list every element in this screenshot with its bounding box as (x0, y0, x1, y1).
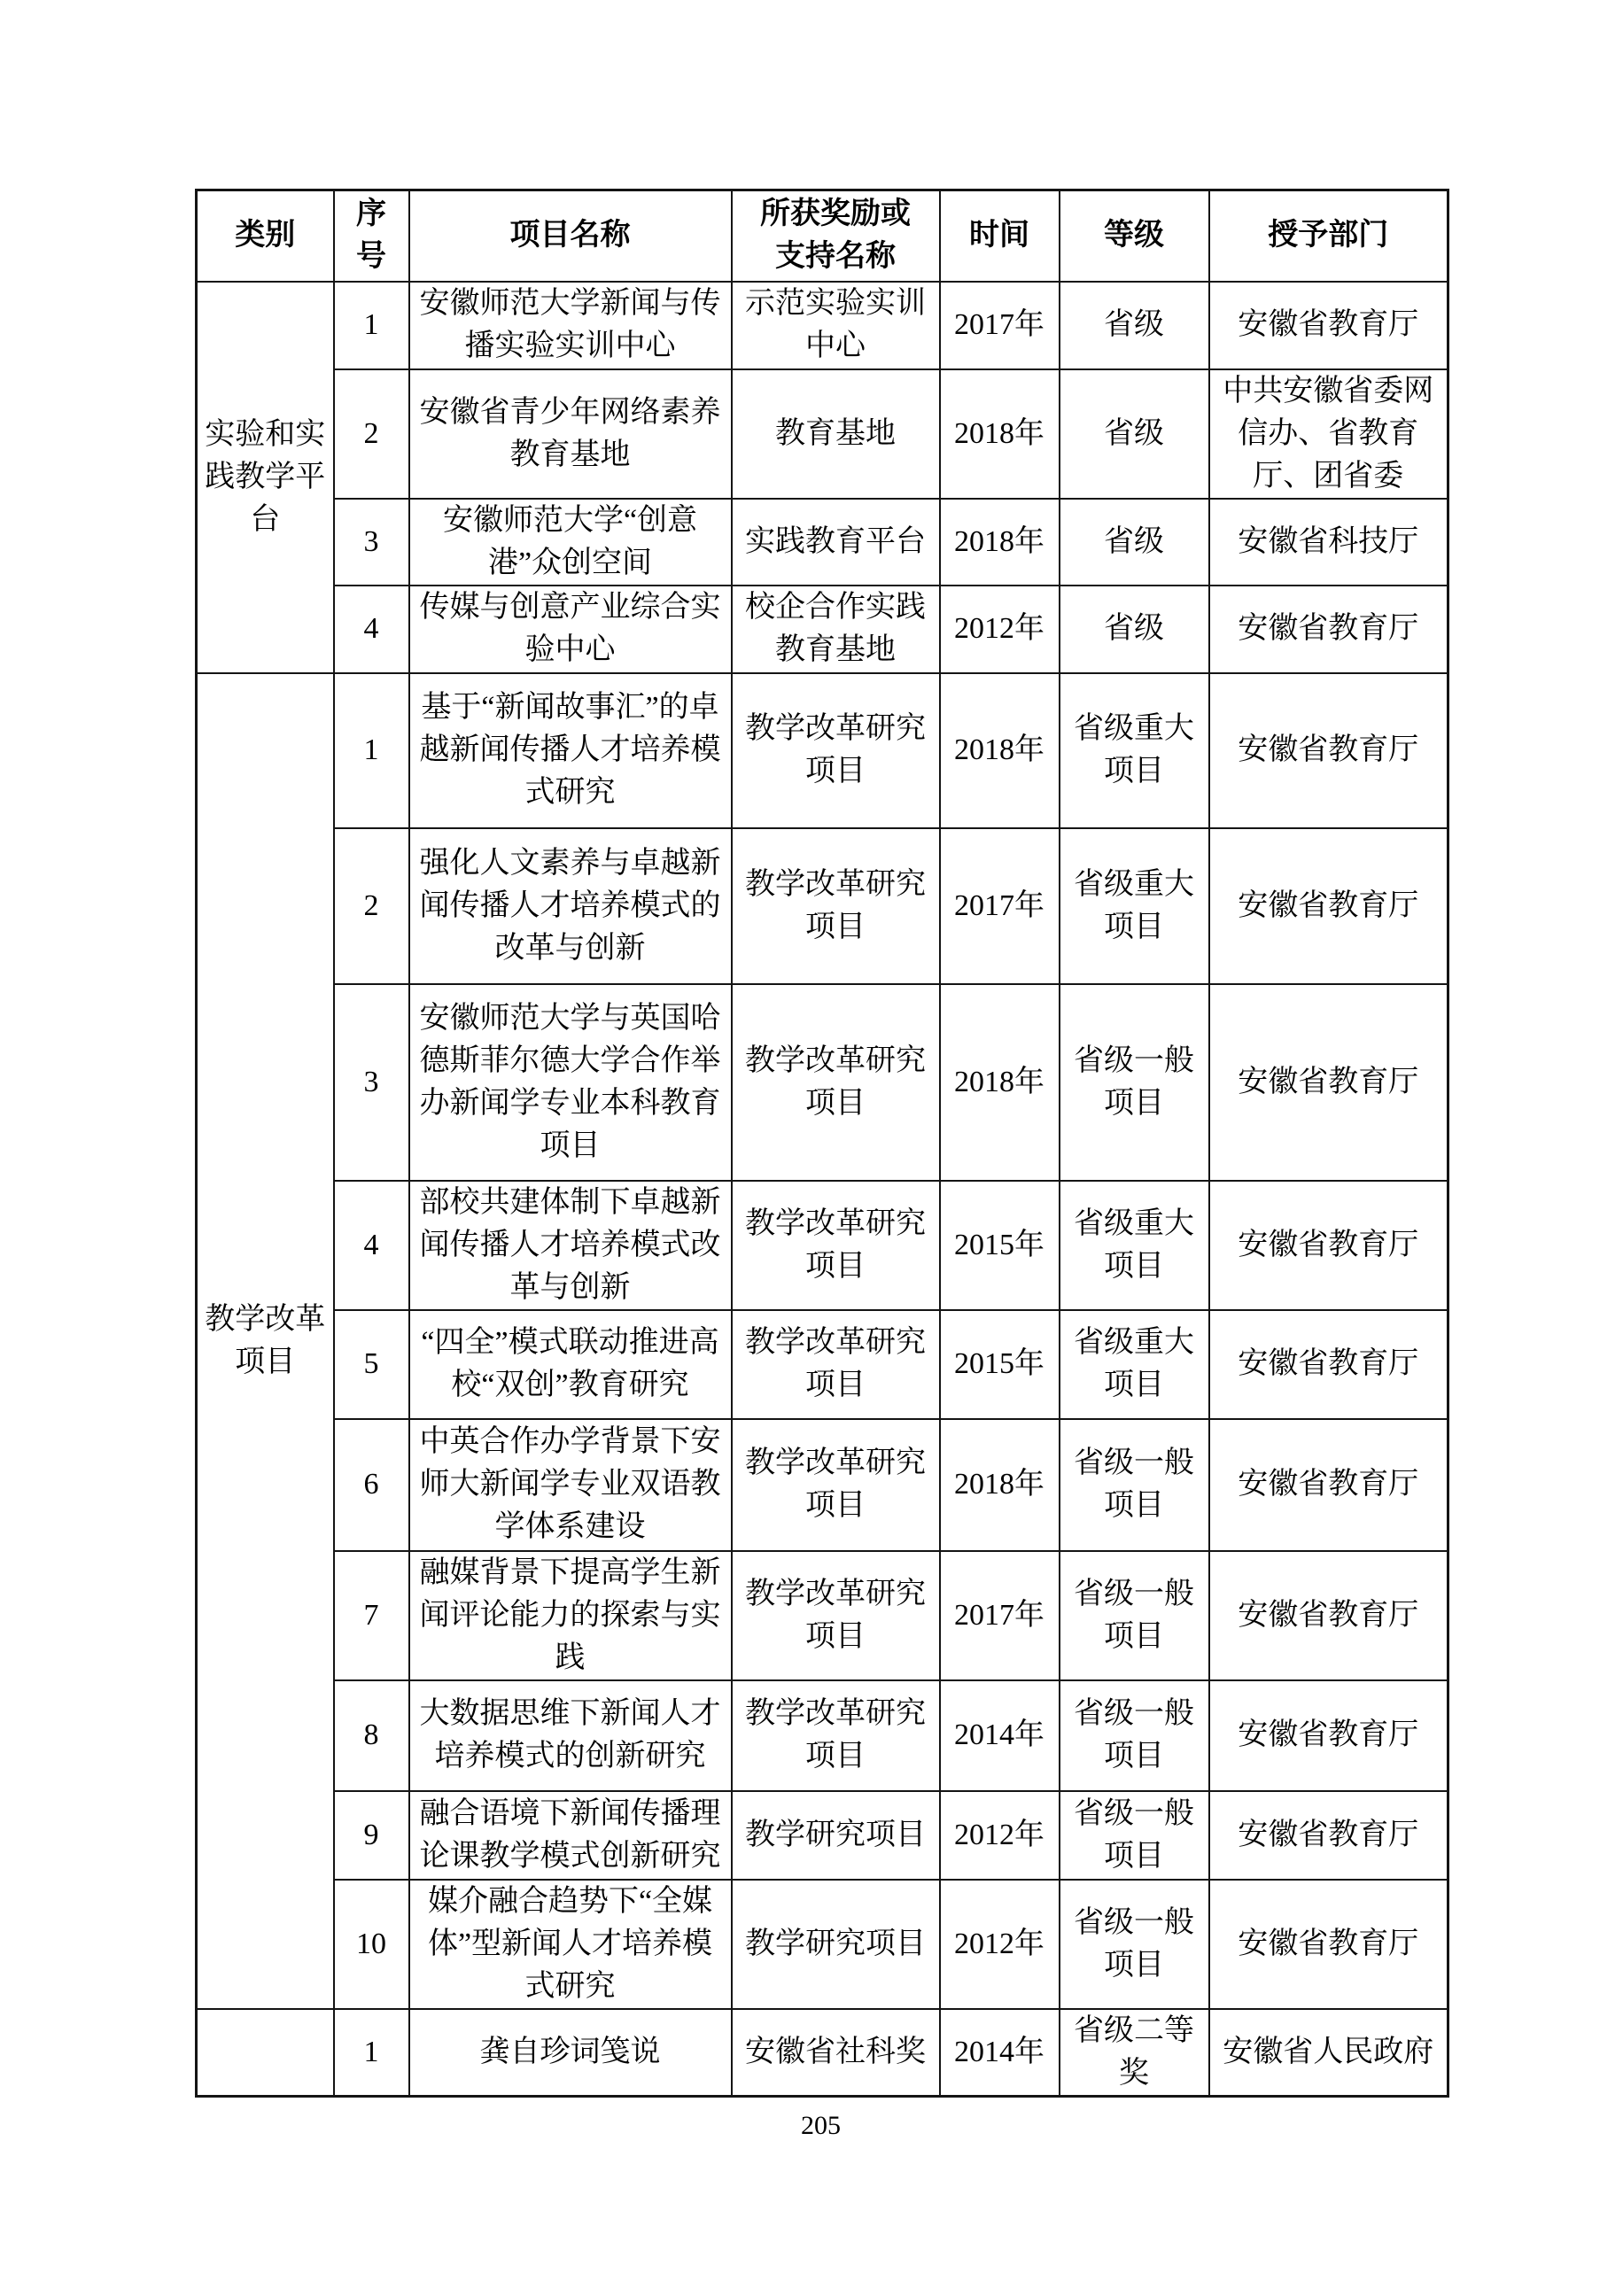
cell-serial: 4 (334, 586, 409, 673)
cell-year: 2014年 (940, 2009, 1060, 2097)
cell-award-name: 示范实验实训中心 (732, 282, 940, 369)
header-level: 等级 (1060, 190, 1209, 282)
cell-serial: 3 (334, 984, 409, 1181)
cell-serial: 1 (334, 282, 409, 369)
table-row: 6 中英合作办学背景下安师大新闻学专业双语教学体系建设 教学改革研究项目 201… (197, 1419, 1448, 1551)
cell-serial: 5 (334, 1310, 409, 1419)
cell-project-name: 安徽师范大学与英国哈德斯菲尔德大学合作举办新闻学专业本科教育项目 (409, 984, 732, 1181)
cell-department: 安徽省教育厅 (1209, 1310, 1448, 1419)
cell-level: 省级 (1060, 282, 1209, 369)
cell-award-name: 教学研究项目 (732, 1791, 940, 1880)
cell-serial: 2 (334, 369, 409, 499)
cell-project-name: 融媒背景下提高学生新闻评论能力的探索与实践 (409, 1551, 732, 1680)
cell-project-name: 中英合作办学背景下安师大新闻学专业双语教学体系建设 (409, 1419, 732, 1551)
category-cell: 教学改革项目 (197, 673, 334, 2009)
cell-award-name: 教学改革研究项目 (732, 1551, 940, 1680)
cell-year: 2012年 (940, 1880, 1060, 2009)
cell-level: 省级一般项目 (1060, 1680, 1209, 1791)
cell-project-name: “四全”模式联动推进高校“双创”教育研究 (409, 1310, 732, 1419)
cell-project-name: 融合语境下新闻传播理论课教学模式创新研究 (409, 1791, 732, 1880)
cell-project-name: 基于“新闻故事汇”的卓越新闻传播人才培养模式研究 (409, 673, 732, 828)
cell-serial: 1 (334, 673, 409, 828)
cell-department: 安徽省教育厅 (1209, 1791, 1448, 1880)
cell-level: 省级一般项目 (1060, 1880, 1209, 2009)
cell-year: 2018年 (940, 984, 1060, 1181)
table-row: 4 部校共建体制下卓越新闻传播人才培养模式改革与创新 教学改革研究项目 2015… (197, 1181, 1448, 1310)
cell-level: 省级一般项目 (1060, 1791, 1209, 1880)
cell-department: 安徽省人民政府 (1209, 2009, 1448, 2097)
cell-award-name: 教学研究项目 (732, 1880, 940, 2009)
cell-department: 安徽省教育厅 (1209, 586, 1448, 673)
cell-department: 安徽省科技厅 (1209, 499, 1448, 586)
cell-project-name: 安徽省青少年网络素养教育基地 (409, 369, 732, 499)
table-row: 2 强化人文素养与卓越新闻传播人才培养模式的改革与创新 教学改革研究项目 201… (197, 828, 1448, 984)
cell-serial: 1 (334, 2009, 409, 2097)
cell-level: 省级重大项目 (1060, 1310, 1209, 1419)
cell-project-name: 大数据思维下新闻人才培养模式的创新研究 (409, 1680, 732, 1791)
cell-year: 2017年 (940, 828, 1060, 984)
table-row: 教学改革项目 1 基于“新闻故事汇”的卓越新闻传播人才培养模式研究 教学改革研究… (197, 673, 1448, 828)
cell-department: 安徽省教育厅 (1209, 828, 1448, 984)
cell-level: 省级重大项目 (1060, 828, 1209, 984)
cell-level: 省级一般项目 (1060, 1551, 1209, 1680)
table-row: 4 传媒与创意产业综合实验中心 校企合作实践教育基地 2012年 省级 安徽省教… (197, 586, 1448, 673)
cell-year: 2015年 (940, 1310, 1060, 1419)
cell-year: 2017年 (940, 1551, 1060, 1680)
cell-level: 省级重大项目 (1060, 1181, 1209, 1310)
cell-award-name: 校企合作实践教育基地 (732, 586, 940, 673)
cell-award-name: 教学改革研究项目 (732, 984, 940, 1181)
cell-level: 省级一般项目 (1060, 984, 1209, 1181)
cell-serial: 6 (334, 1419, 409, 1551)
cell-award-name: 教学改革研究项目 (732, 1419, 940, 1551)
cell-project-name: 部校共建体制下卓越新闻传播人才培养模式改革与创新 (409, 1181, 732, 1310)
cell-award-name: 教学改革研究项目 (732, 1181, 940, 1310)
cell-level: 省级 (1060, 499, 1209, 586)
cell-department: 安徽省教育厅 (1209, 1551, 1448, 1680)
cell-year: 2018年 (940, 369, 1060, 499)
cell-year: 2018年 (940, 673, 1060, 828)
cell-department: 安徽省教育厅 (1209, 1880, 1448, 2009)
cell-award-name: 教学改革研究项目 (732, 1310, 940, 1419)
header-serial: 序 号 (334, 190, 409, 282)
cell-level: 省级 (1060, 586, 1209, 673)
cell-department: 安徽省教育厅 (1209, 1419, 1448, 1551)
cell-department: 安徽省教育厅 (1209, 1680, 1448, 1791)
header-year: 时间 (940, 190, 1060, 282)
cell-department: 安徽省教育厅 (1209, 673, 1448, 828)
table-row: 1 龚自珍词笺说 安徽省社科奖 2014年 省级二等奖 安徽省人民政府 (197, 2009, 1448, 2097)
cell-award-name: 实践教育平台 (732, 499, 940, 586)
table-row: 实验和实践教学平台 1 安徽师范大学新闻与传播实验实训中心 示范实验实训中心 2… (197, 282, 1448, 369)
table-row: 3 安徽师范大学与英国哈德斯菲尔德大学合作举办新闻学专业本科教育项目 教学改革研… (197, 984, 1448, 1181)
cell-project-name: 安徽师范大学“创意港”众创空间 (409, 499, 732, 586)
cell-award-name: 教学改革研究项目 (732, 1680, 940, 1791)
cell-award-name: 安徽省社科奖 (732, 2009, 940, 2097)
cell-serial: 8 (334, 1680, 409, 1791)
document-page: 类别 序 号 项目名称 所获奖励或 支持名称 时间 等级 授予部门 实验和实践教… (195, 189, 1447, 2142)
cell-project-name: 安徽师范大学新闻与传播实验实训中心 (409, 282, 732, 369)
table-row: 3 安徽师范大学“创意港”众创空间 实践教育平台 2018年 省级 安徽省科技厅 (197, 499, 1448, 586)
cell-year: 2012年 (940, 586, 1060, 673)
table-row: 9 融合语境下新闻传播理论课教学模式创新研究 教学研究项目 2012年 省级一般… (197, 1791, 1448, 1880)
cell-serial: 4 (334, 1181, 409, 1310)
cell-serial: 10 (334, 1880, 409, 2009)
table-row: 2 安徽省青少年网络素养教育基地 教育基地 2018年 省级 中共安徽省委网信办… (197, 369, 1448, 499)
cell-year: 2017年 (940, 282, 1060, 369)
category-cell (197, 2009, 334, 2097)
table-row: 10 媒介融合趋势下“全媒体”型新闻人才培养模式研究 教学研究项目 2012年 … (197, 1880, 1448, 2009)
table-row: 7 融媒背景下提高学生新闻评论能力的探索与实践 教学改革研究项目 2017年 省… (197, 1551, 1448, 1680)
header-department: 授予部门 (1209, 190, 1448, 282)
cell-serial: 2 (334, 828, 409, 984)
cell-year: 2012年 (940, 1791, 1060, 1880)
cell-serial: 7 (334, 1551, 409, 1680)
cell-year: 2018年 (940, 499, 1060, 586)
cell-project-name: 龚自珍词笺说 (409, 2009, 732, 2097)
table-row: 8 大数据思维下新闻人才培养模式的创新研究 教学改革研究项目 2014年 省级一… (197, 1680, 1448, 1791)
awards-table: 类别 序 号 项目名称 所获奖励或 支持名称 时间 等级 授予部门 实验和实践教… (195, 189, 1449, 2098)
cell-year: 2015年 (940, 1181, 1060, 1310)
cell-level: 省级一般项目 (1060, 1419, 1209, 1551)
cell-level: 省级重大项目 (1060, 673, 1209, 828)
header-award-name: 所获奖励或 支持名称 (732, 190, 940, 282)
header-project-name: 项目名称 (409, 190, 732, 282)
cell-department: 中共安徽省委网信办、省教育厅、团省委 (1209, 369, 1448, 499)
cell-project-name: 传媒与创意产业综合实验中心 (409, 586, 732, 673)
cell-serial: 3 (334, 499, 409, 586)
cell-department: 安徽省教育厅 (1209, 984, 1448, 1181)
cell-award-name: 教学改革研究项目 (732, 828, 940, 984)
cell-project-name: 强化人文素养与卓越新闻传播人才培养模式的改革与创新 (409, 828, 732, 984)
cell-department: 安徽省教育厅 (1209, 1181, 1448, 1310)
cell-department: 安徽省教育厅 (1209, 282, 1448, 369)
cell-level: 省级二等奖 (1060, 2009, 1209, 2097)
header-row: 类别 序 号 项目名称 所获奖励或 支持名称 时间 等级 授予部门 (197, 190, 1448, 282)
cell-award-name: 教学改革研究项目 (732, 673, 940, 828)
cell-award-name: 教育基地 (732, 369, 940, 499)
cell-serial: 9 (334, 1791, 409, 1880)
cell-level: 省级 (1060, 369, 1209, 499)
category-cell: 实验和实践教学平台 (197, 282, 334, 673)
table-row: 5 “四全”模式联动推进高校“双创”教育研究 教学改革研究项目 2015年 省级… (197, 1310, 1448, 1419)
header-category: 类别 (197, 190, 334, 282)
page-number: 205 (195, 2110, 1447, 2142)
cell-year: 2018年 (940, 1419, 1060, 1551)
cell-project-name: 媒介融合趋势下“全媒体”型新闻人才培养模式研究 (409, 1880, 732, 2009)
cell-year: 2014年 (940, 1680, 1060, 1791)
